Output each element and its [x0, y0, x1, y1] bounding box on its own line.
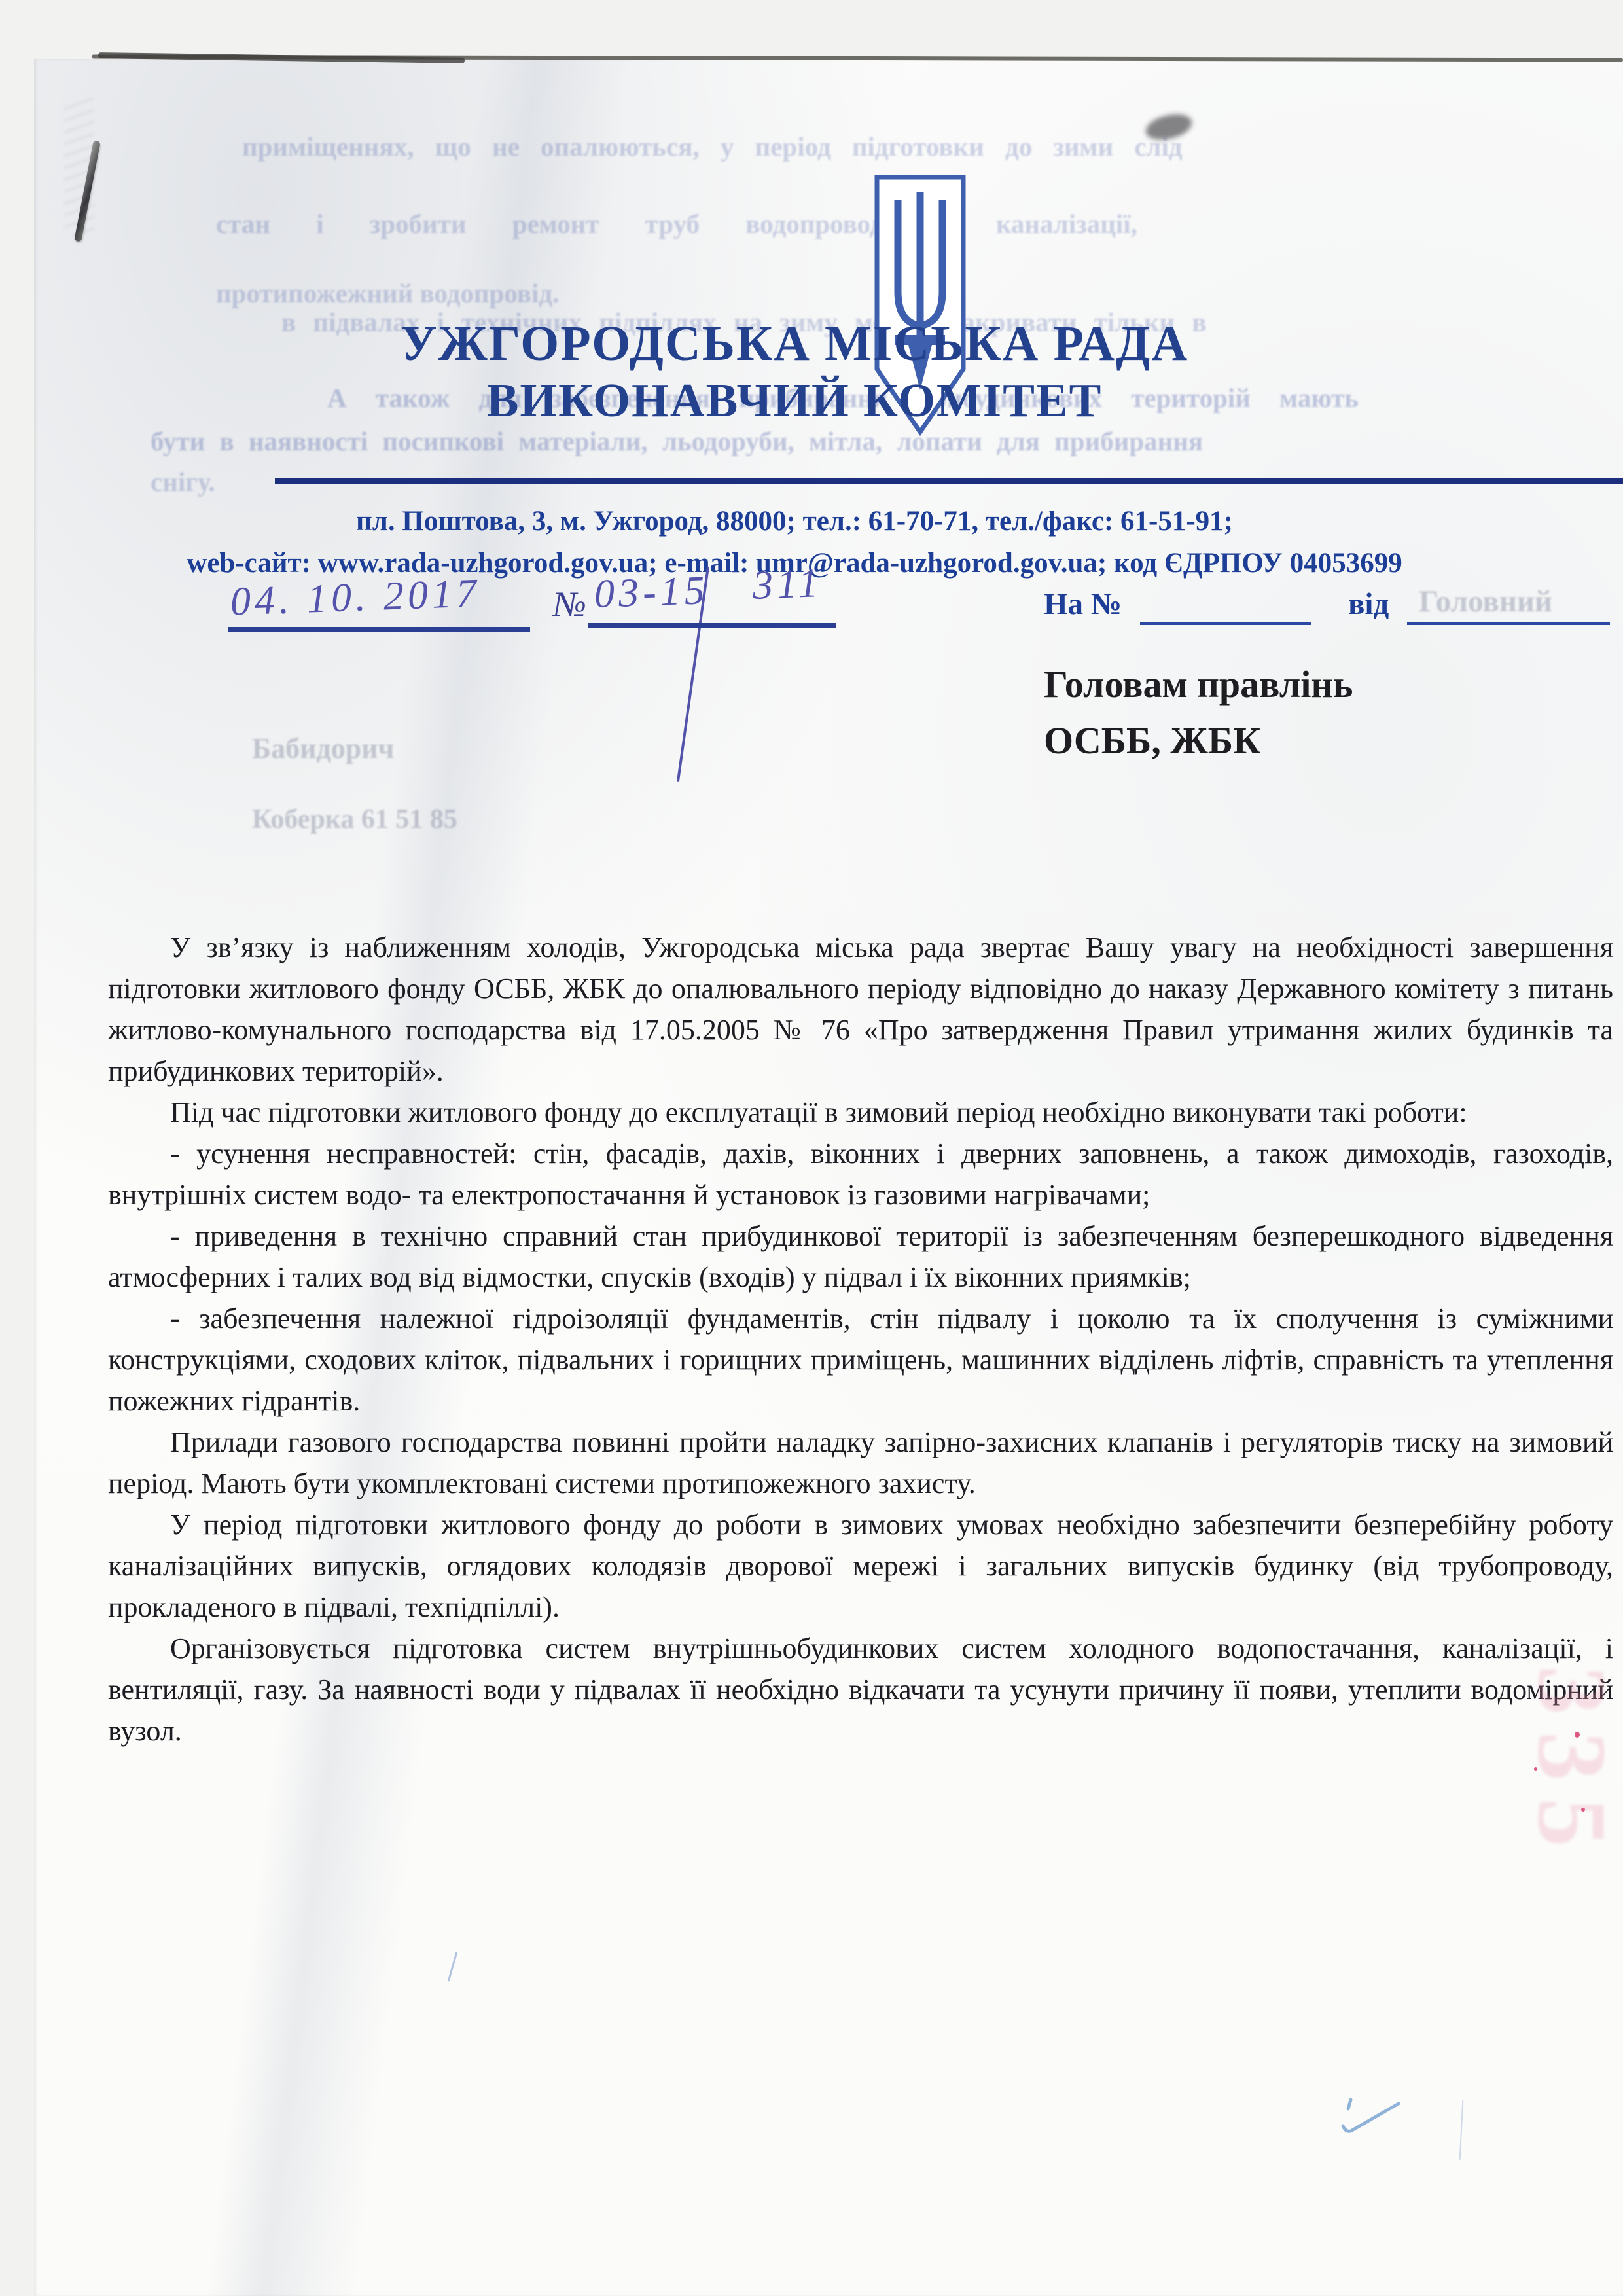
paragraph: Організовується підготовка систем внутрі…: [108, 1628, 1613, 1751]
org-name: УЖГОРОДСЬКА МІСЬКА РАДА: [0, 315, 1589, 372]
from-blank-line: [1407, 622, 1610, 625]
on-number-blank-line: [1140, 622, 1311, 625]
letter-body: У зв’язку із наближенням холодів, Ужгоро…: [108, 927, 1613, 1751]
handwritten-number-part2: 311: [752, 560, 823, 609]
address-line-1: пл. Поштова, 3, м. Ужгород, 88000; тел.:…: [0, 505, 1589, 537]
bleedthrough-line: бути в наявності посипкові матеріали, ль…: [151, 425, 1203, 457]
paragraph: У зв’язку із наближенням холодів, Ужгоро…: [108, 927, 1613, 1092]
red-ink-speck: [1575, 1732, 1580, 1738]
ghost-annotation: Коберка 61 51 85: [252, 804, 457, 835]
org-unit: ВИКОНАВЧИЙ КОМІТЕТ: [0, 373, 1589, 428]
bleedthrough-line: снігу.: [151, 466, 215, 497]
paragraph: - приведення в технічно справний стан пр…: [108, 1215, 1613, 1298]
bleedthrough-line: протипожежний водопровід.: [216, 278, 559, 309]
number-sign: №: [553, 584, 590, 624]
bleedthrough-line: приміщеннях, що не опалюються, у період …: [242, 131, 1183, 162]
header-divider-rule: [275, 478, 1623, 484]
from-ghost-text: Головний: [1419, 584, 1552, 619]
paragraph: Прилади газового господарства повинні пр…: [108, 1422, 1613, 1504]
red-ink-speck: [1534, 1767, 1537, 1771]
paragraph: - усунення несправностей: стін, фасадів,…: [108, 1133, 1613, 1215]
handwritten-date: 04. 10. 2017: [230, 570, 481, 625]
bleedthrough-line: стан і зробити ремонт труб водопроводу і…: [216, 208, 1137, 240]
stamp-number-ghost: 335: [1516, 1666, 1623, 1864]
paragraph: - забезпечення належної гідроізоляції фу…: [108, 1298, 1613, 1422]
from-label: від: [1348, 586, 1389, 622]
red-ink-speck: [1581, 1808, 1585, 1812]
addressee-line-2: ОСББ, ЖБК: [1044, 719, 1260, 762]
on-number-label: На №: [1044, 586, 1122, 622]
number-underline: [588, 623, 836, 628]
staple-scuff-marks: [64, 98, 94, 236]
paragraph: У період підготовки житлового фонду до р…: [108, 1504, 1613, 1628]
date-underline: [228, 627, 530, 632]
addressee-line-1: Головам правлінь: [1044, 662, 1353, 706]
ghost-annotation: Бабидорич: [252, 732, 394, 765]
pen-check-mark: [1336, 2094, 1408, 2140]
scanned-letter: приміщеннях, що не опалюються, у період …: [0, 0, 1623, 2296]
paragraph: Під час підготовки житлового фонду до ек…: [108, 1092, 1613, 1133]
handwritten-number-part1: 03-15: [594, 567, 709, 618]
